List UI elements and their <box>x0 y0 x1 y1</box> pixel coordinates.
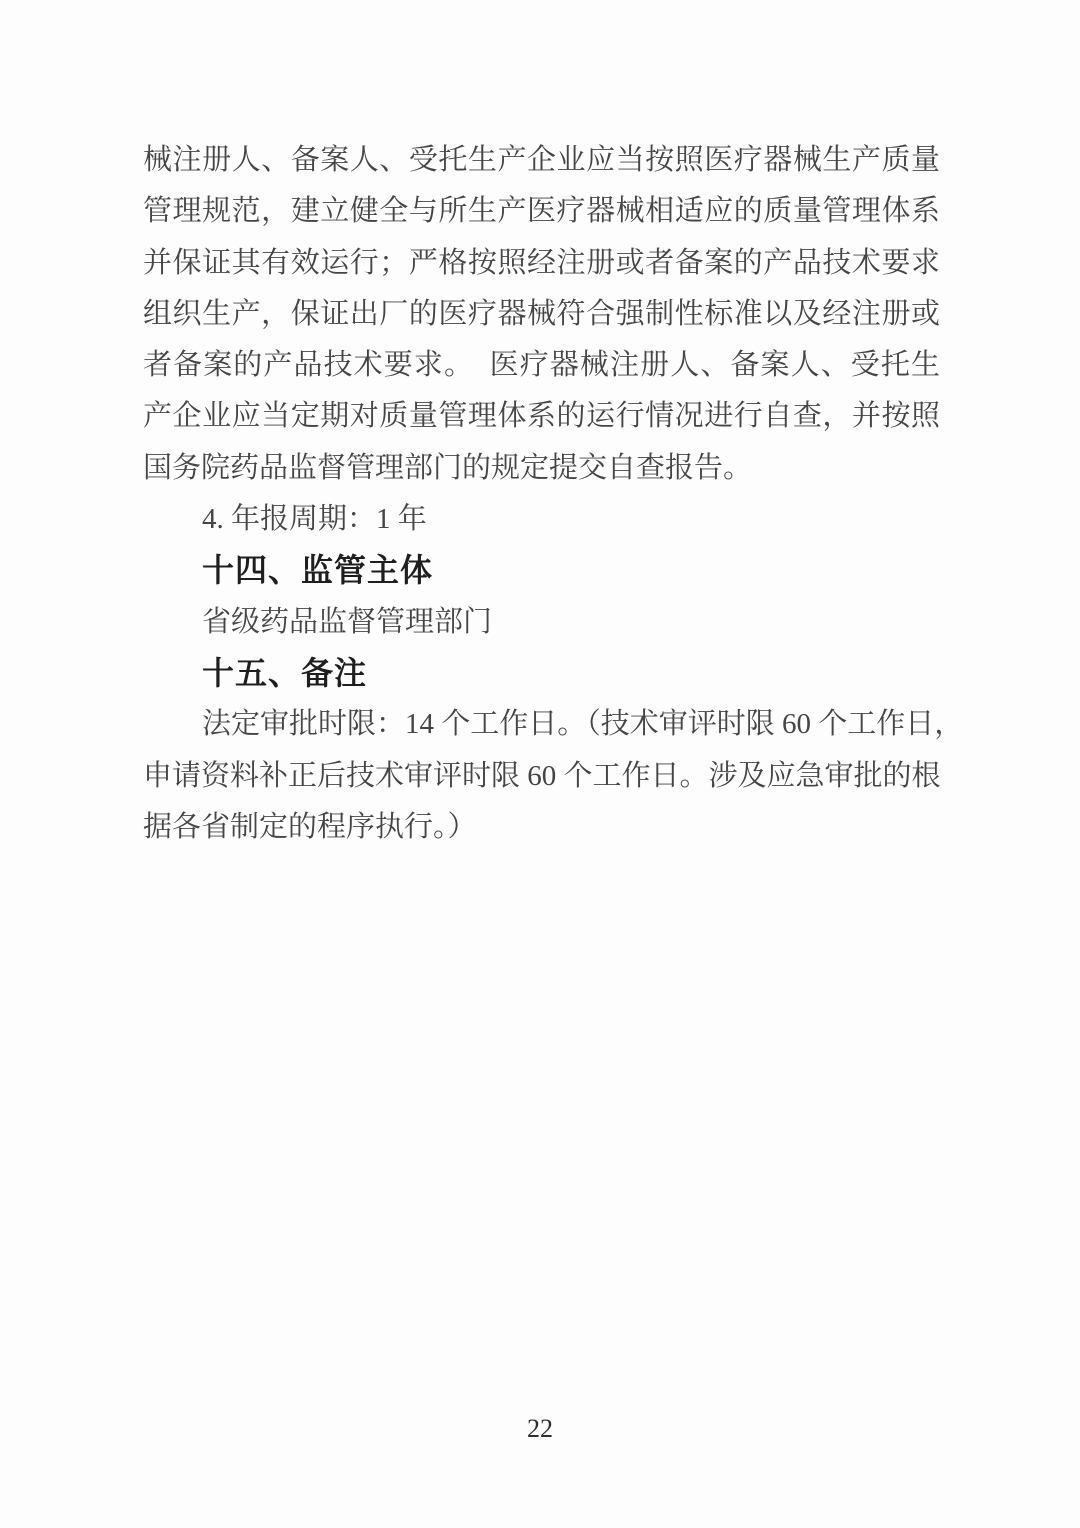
section-heading-15-remarks: 十五、备注 <box>143 648 940 699</box>
body-line: 据各省制定的程序执行。） <box>143 802 940 853</box>
body-line: 申请资料补正后技术审评时限 60 个工作日。涉及应急审批的根 <box>143 751 940 802</box>
section-heading-14-supervision-subject: 十四、监管主体 <box>143 545 940 596</box>
document-body: 械注册人、备案人、受托生产企业应当按照医疗器械生产质量 管理规范，建立健全与所生… <box>143 135 940 853</box>
supervision-authority-line: 省级药品监督管理部门 <box>143 597 940 648</box>
body-line: 法定审批时限：14 个工作日。（技术审评时限 60 个工作日， <box>143 699 940 750</box>
body-line: 组织生产，保证出厂的医疗器械符合强制性标准以及经注册或 <box>143 289 940 340</box>
annual-report-period-line: 4. 年报周期：1 年 <box>143 494 940 545</box>
page-number: 22 <box>0 1412 1080 1446</box>
body-line: 者备案的产品技术要求。 医疗器械注册人、备案人、受托生 <box>143 340 940 391</box>
document-page: 械注册人、备案人、受托生产企业应当按照医疗器械生产质量 管理规范，建立健全与所生… <box>0 0 1080 1528</box>
body-line: 管理规范，建立健全与所生产医疗器械相适应的质量管理体系 <box>143 186 940 237</box>
body-line: 国务院药品监督管理部门的规定提交自查报告。 <box>143 443 940 494</box>
body-line: 产企业应当定期对质量管理体系的运行情况进行自查，并按照 <box>143 391 940 442</box>
body-line: 械注册人、备案人、受托生产企业应当按照医疗器械生产质量 <box>143 135 940 186</box>
body-line: 并保证其有效运行；严格按照经注册或者备案的产品技术要求 <box>143 238 940 289</box>
